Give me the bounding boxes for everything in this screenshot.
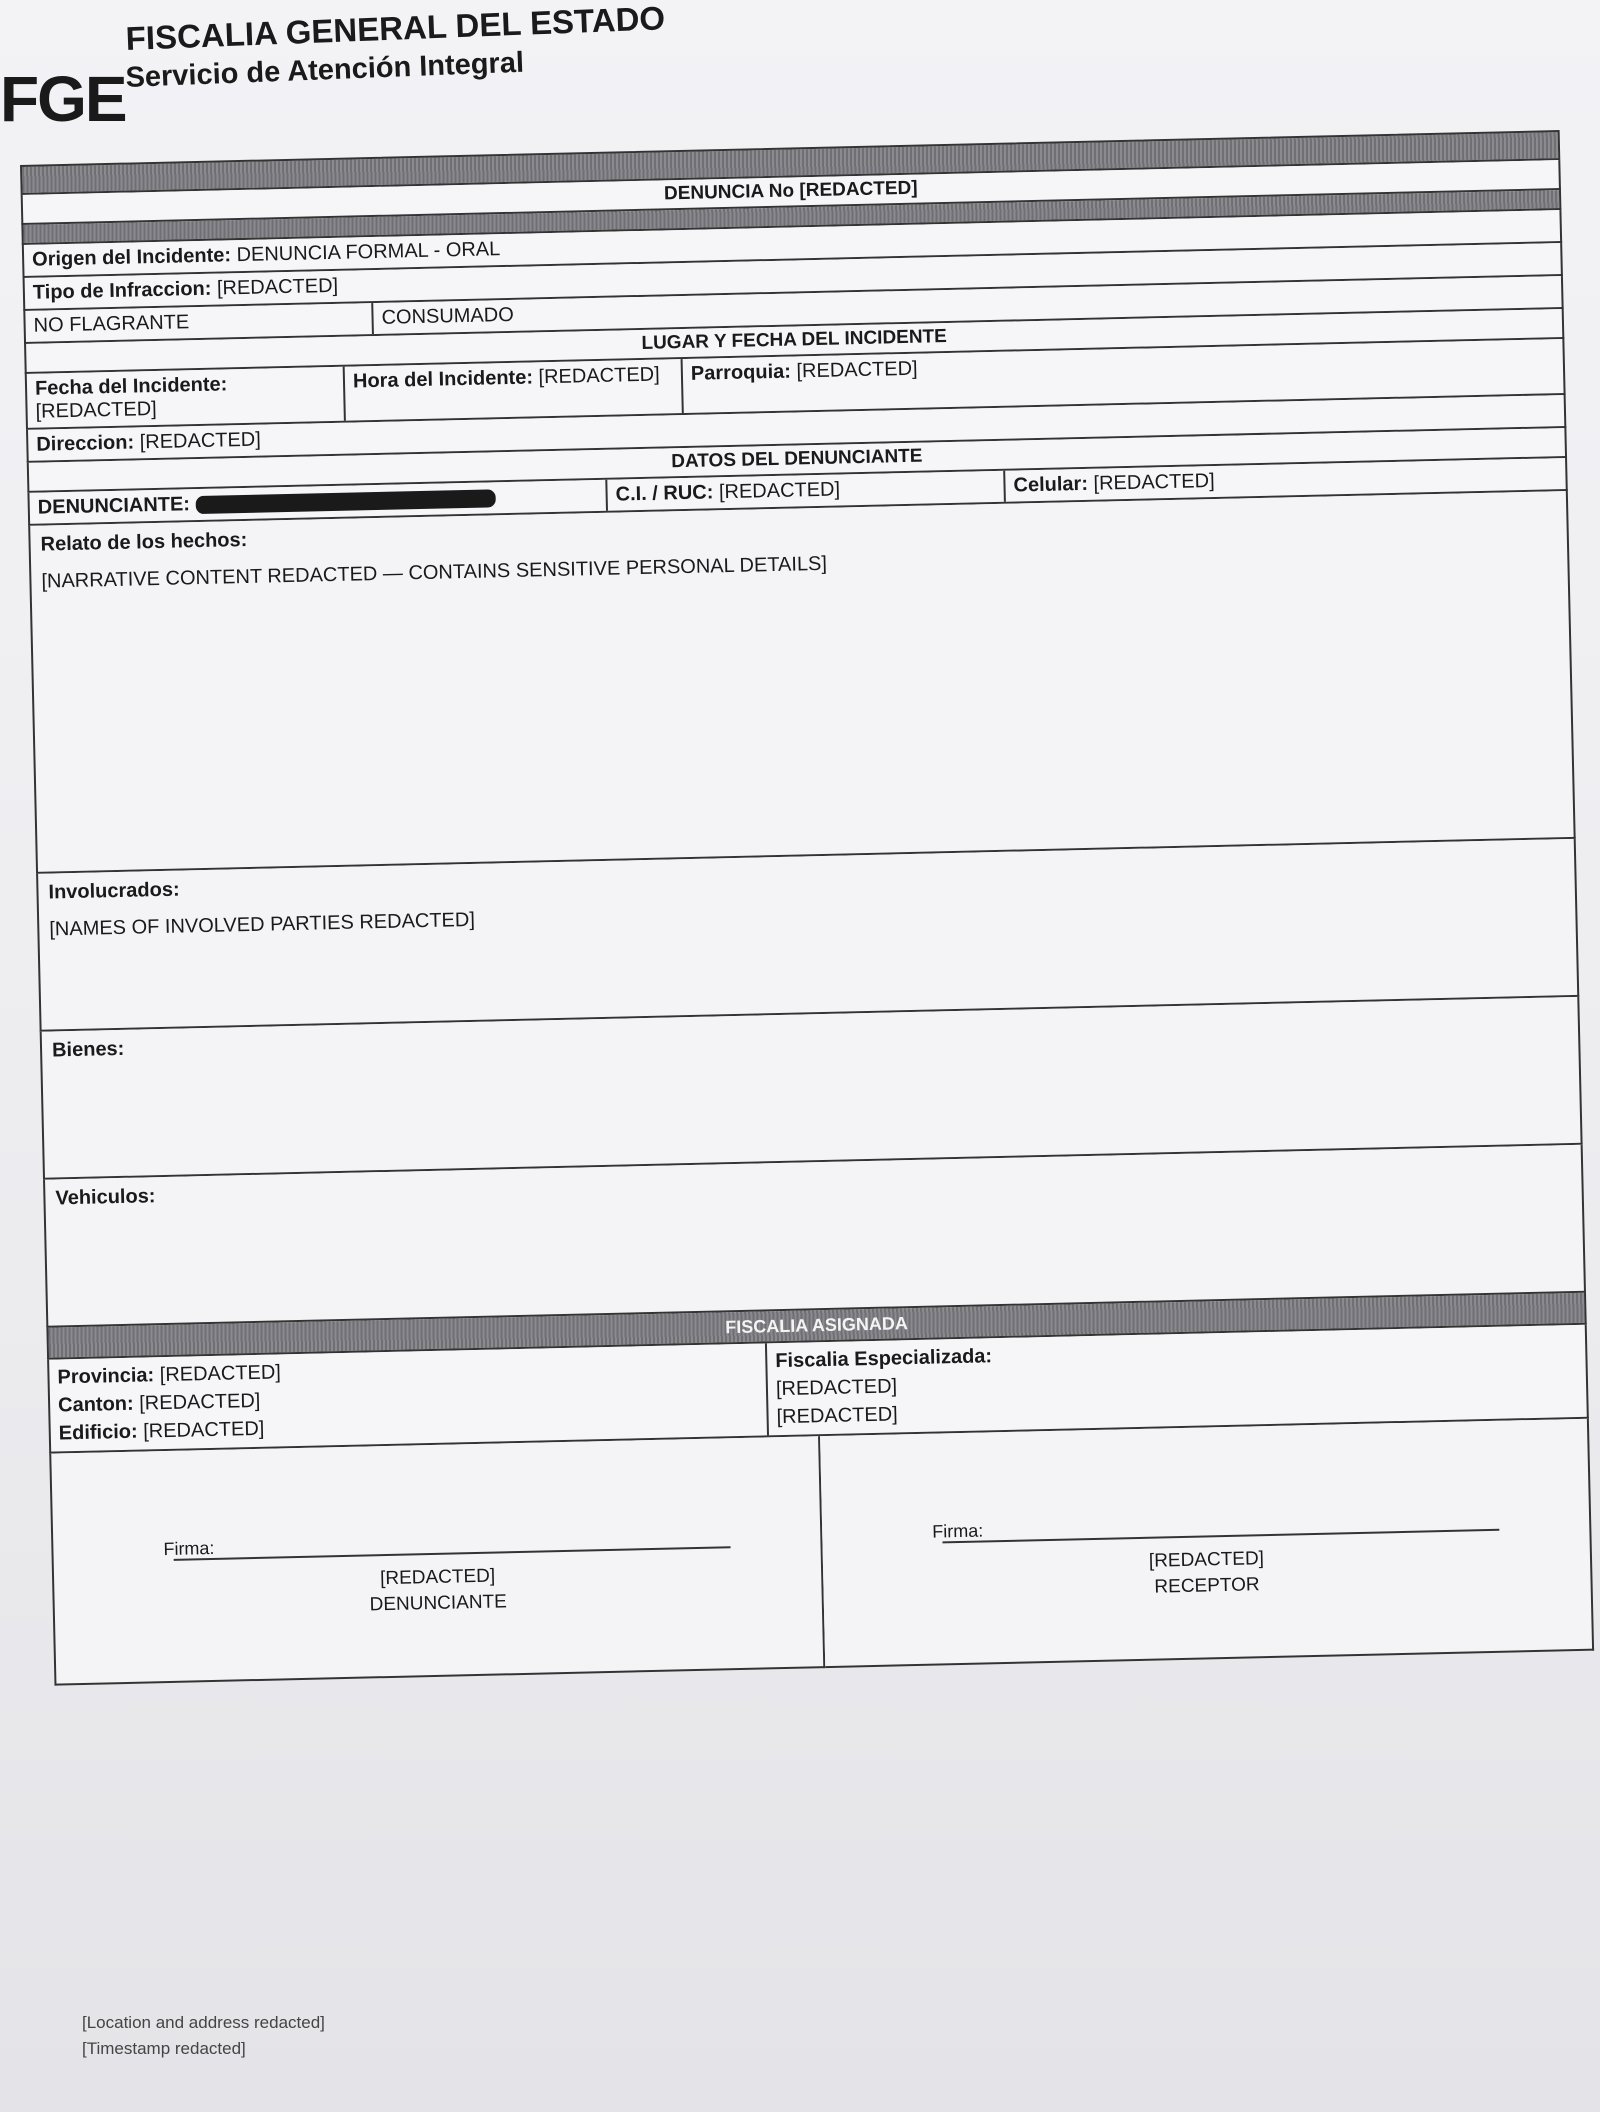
time-value: [REDACTED] [538, 364, 660, 389]
signature-line [174, 1546, 731, 1561]
signature-complainant: Firma: [REDACTED]DENUNCIANTE [49, 1436, 825, 1685]
facts-section: Relato de los hechos: [Narrative content… [28, 491, 1575, 874]
footer-timestamp: [Timestamp redacted] [82, 2036, 325, 2062]
signatures-row: Firma: [REDACTED]DENUNCIANTE Firma: [RED… [49, 1419, 1594, 1686]
phone-value: [REDACTED] [1093, 470, 1215, 495]
complaint-form: DENUNCIA No [REDACTED] Origen del Incide… [20, 130, 1594, 1686]
redaction-mark [195, 489, 495, 514]
id-label: C.I. / RUC: [615, 481, 713, 505]
parish-label: Parroquia: [691, 361, 792, 385]
signature-receiver: Firma: [REDACTED]RECEPTOR [820, 1419, 1594, 1668]
complainant-label: DENUNCIANTE: [38, 493, 191, 518]
id-value: [REDACTED] [719, 478, 841, 503]
parish-value: [REDACTED] [796, 358, 918, 383]
building-value: [REDACTED] [143, 1418, 265, 1443]
time-label: Hora del Incidente: [353, 366, 533, 392]
canton-label: Canton: [58, 1393, 134, 1417]
infraction-label: Tipo de Infraccion: [33, 278, 212, 304]
province-label: Provincia: [57, 1364, 154, 1388]
date-value: [REDACTED] [35, 398, 157, 423]
infraction-value: [REDACTED] [217, 275, 339, 300]
document-footer: [Location and address redacted] [Timesta… [82, 2010, 325, 2062]
address-value: [REDACTED] [139, 429, 261, 454]
signature-label: Firma: [163, 1538, 214, 1560]
signature-label: Firma: [932, 1521, 983, 1543]
footer-location: [Location and address redacted] [82, 2010, 325, 2036]
building-label: Edificio: [59, 1421, 138, 1445]
agency-title: FISCALIA GENERAL DEL ESTADO [125, 0, 666, 58]
province-value: [REDACTED] [160, 1361, 282, 1386]
origin-value: DENUNCIA FORMAL - ORAL [236, 238, 500, 266]
fge-logo: FGE [0, 62, 126, 136]
phone-label: Celular: [1013, 473, 1088, 497]
canton-value: [REDACTED] [139, 1390, 261, 1415]
document-page: FGE FISCALIA GENERAL DEL ESTADO Servicio… [0, 0, 1600, 2112]
flagrancy-value: NO FLAGRANTE [25, 303, 374, 342]
signature-line [942, 1529, 1499, 1544]
address-label: Direccion: [36, 431, 134, 455]
origin-label: Origen del Incidente: [32, 244, 231, 271]
date-label: Fecha del Incidente: [35, 373, 228, 399]
